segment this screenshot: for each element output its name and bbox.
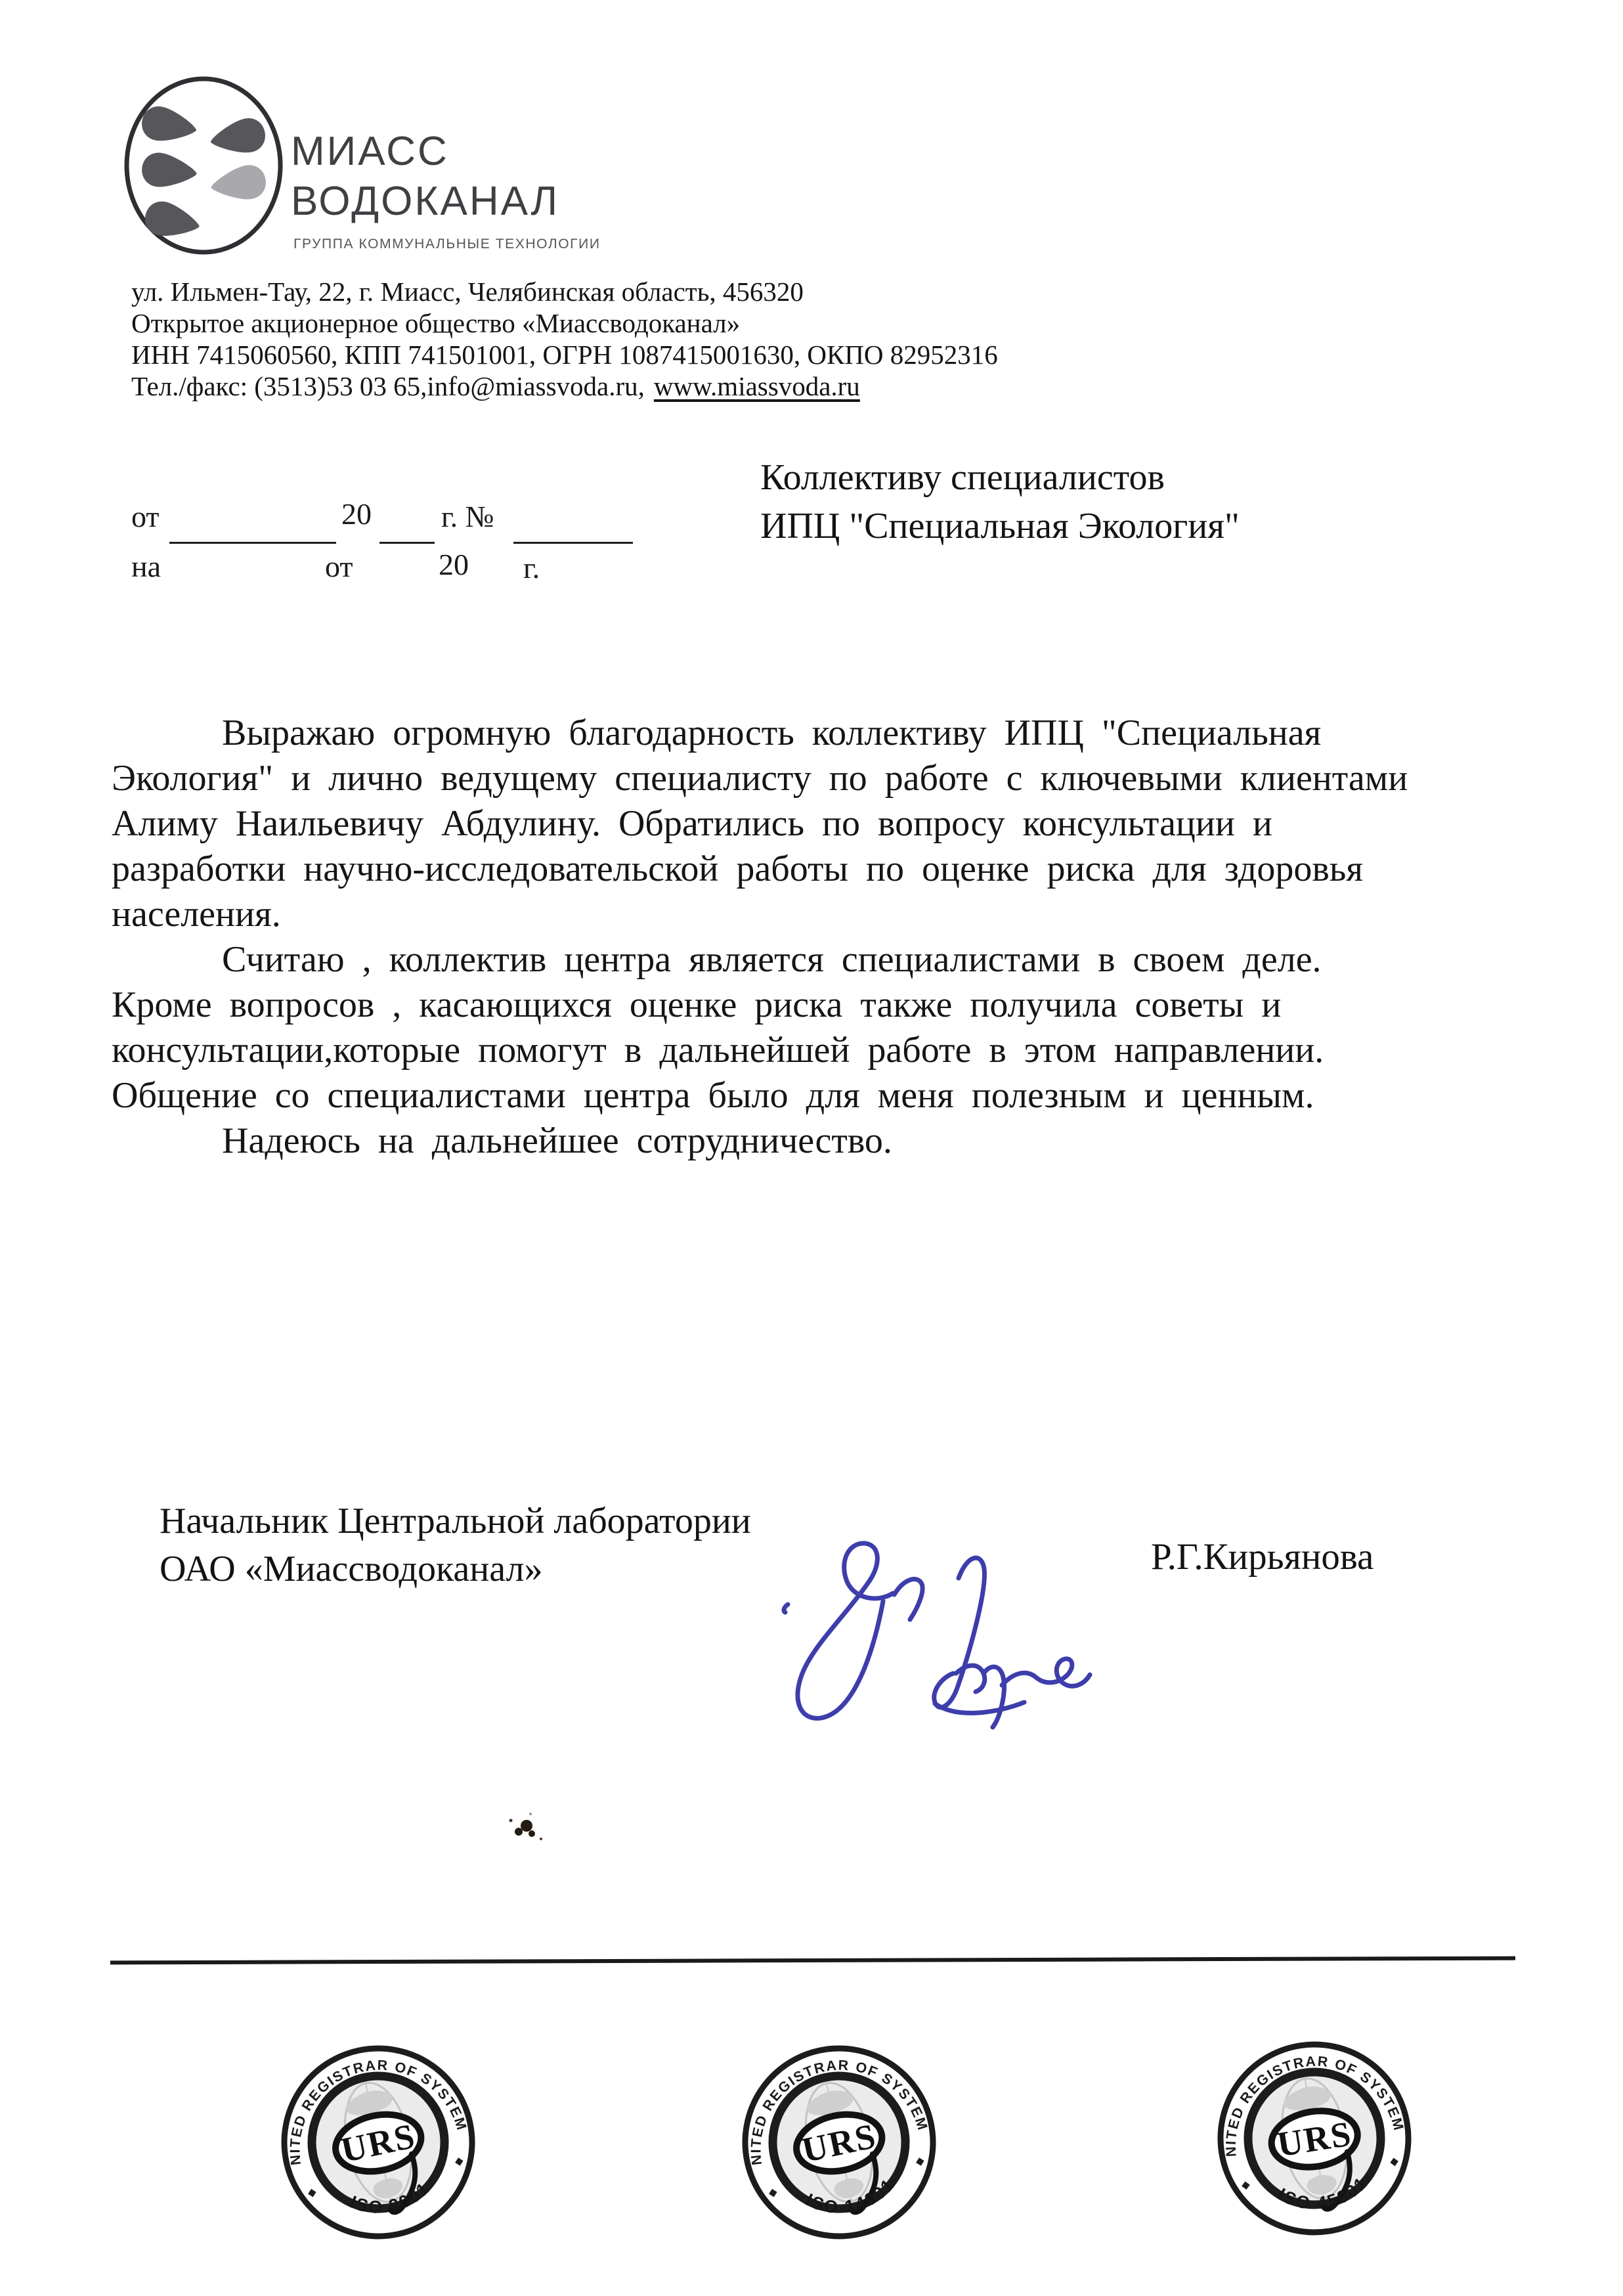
signer-name: Р.Г.Кирьянова [1151, 1535, 1374, 1578]
phone-text: Тел./факс: (3513)53 03 65,info@miassvoda… [131, 371, 645, 401]
signer-title-line1: Начальник Центральной лаборатории [160, 1497, 751, 1545]
company-tagline: ГРУППА КОММУНАЛЬНЫЕ ТЕХНОЛОГИИ [293, 236, 601, 252]
ref-ot-label: от [131, 499, 160, 534]
body-line: Экология" и лично ведущему специалисту п… [112, 756, 1523, 801]
scanned-letter-page: МИАСС ВОДОКАНАЛ ГРУППА КОММУНАЛЬНЫЕ ТЕХН… [0, 0, 1623, 2296]
iso-9001-seal: URS UNITED REGISTRAR OF SYSTEMS ISO 9001 [261, 2025, 495, 2259]
company-line: Открытое акционерное общество «Миассводо… [131, 307, 998, 339]
company-logo-icon [121, 74, 286, 257]
ink-smudge [506, 1811, 552, 1848]
header-address-block: ул. Ильмен-Тау, 22, г. Миасс, Челябинска… [131, 276, 998, 402]
letter-body: Выражаю огромную благодарность коллектив… [112, 711, 1523, 1164]
ref-na-year: 20 [439, 547, 469, 582]
signer-title-block: Начальник Центральной лаборатории ОАО «М… [160, 1497, 751, 1593]
recipient-line1: Коллективу специалистов [760, 453, 1240, 502]
company-name-line1: МИАСС [291, 129, 449, 175]
ref-number-label: г. № [441, 499, 494, 534]
body-line: Кроме вопросов , касающихся оценке риска… [112, 982, 1523, 1028]
ref-na-label: на [131, 549, 161, 584]
iso-14001-seal: URS UNITED REGISTRAR OF SYSTEMS ISO 1400… [722, 2025, 956, 2259]
address-line: ул. Ильмен-Тау, 22, г. Миасс, Челябинска… [131, 276, 998, 307]
company-name-line2: ВОДОКАНАЛ [291, 179, 559, 225]
body-line: Алиму Наильевичу Абдулину. Обратились по… [112, 801, 1523, 847]
body-line: Считаю , коллектив центра является специ… [112, 937, 1523, 982]
body-line: Выражаю огромную благодарность коллектив… [112, 711, 1523, 756]
recipient-line2: ИПЦ "Специальная Экология" [760, 502, 1240, 550]
handwritten-signature [748, 1516, 1103, 1739]
ref-date-blank [169, 540, 336, 544]
footer-divider [110, 1956, 1515, 1965]
codes-line: ИНН 7415060560, КПП 741501001, ОГРН 1087… [131, 339, 998, 370]
body-line: Общение со специалистами центра было для… [112, 1073, 1523, 1118]
signer-title-line2: ОАО «Миассводоканал» [160, 1545, 751, 1593]
ref-year-blank [379, 540, 435, 544]
website-link: www.miassvoda.ru [654, 371, 860, 401]
body-line: разработки научно-исследовательской рабо… [112, 847, 1523, 892]
ref-year-prefix: 20 [341, 497, 372, 531]
phone-line: Тел./факс: (3513)53 03 65,info@miassvoda… [131, 370, 998, 402]
body-line: консультации,которые помогут в дальнейше… [112, 1028, 1523, 1073]
iso-45001-seal: URS UNITED REGISTRAR OF SYSTEMS ISO 4500… [1201, 2025, 1427, 2251]
body-line: Надеюсь на дальнейшее сотрудничество. [112, 1118, 1523, 1164]
recipient-block: Коллективу специалистов ИПЦ "Специальная… [760, 453, 1240, 550]
ref-number-blank [513, 540, 633, 544]
ref-na-g-label: г. [523, 550, 540, 585]
body-line: населения. [112, 892, 1523, 937]
ref-na-ot-label: от [325, 549, 353, 584]
